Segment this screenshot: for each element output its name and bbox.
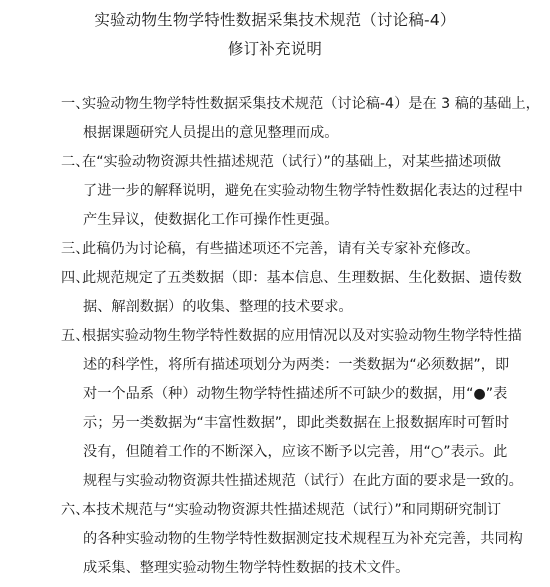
list-item-continuation-line: 根据课题研究人员提出的意见整理而成。 (61, 119, 501, 148)
list-item-text: 产生异议，使数据化工作可操作性更强。 (83, 212, 338, 228)
document-subtitle: 修订补充说明 (0, 37, 550, 59)
list-item-text: 本技术规范与“实验动物资源共性描述规范（试行）”和同期研究制订 (82, 502, 501, 518)
list-item-number: 三、 (61, 235, 82, 264)
list-item-text: 述的科学性，将所有描述项划分为两类：一类数据为“必须数据”，即 (83, 357, 509, 373)
list-item: 三、此稿仍为讨论稿，有些描述项还不完善，请有关专家补充修改。 (61, 235, 501, 264)
list-item-number: 四、 (61, 264, 82, 293)
list-item-first-line: 二、在“实验动物资源共性描述规范（试行）”的基础上，对某些描述项做 (61, 148, 501, 177)
list-item-text: 在“实验动物资源共性描述规范（试行）”的基础上，对某些描述项做 (82, 154, 501, 170)
list-item-number: 一、 (61, 90, 82, 119)
list-item-text: 示；另一类数据为“丰富性数据”，即此类数据在上报数据库时可暂时 (83, 415, 509, 431)
list-item-text: 的各种实验动物的生物学特性数据测定技术规程互为补充完善，共同构 (83, 531, 523, 547)
list-item-number: 五、 (61, 322, 82, 351)
list-item-continuation-line: 没有，但随着工作的不断深入，应该不断予以完善，用“○”表示。此 (61, 438, 501, 467)
list-item-first-line: 六、本技术规范与“实验动物资源共性描述规范（试行）”和同期研究制订 (61, 496, 501, 525)
list-item-text: 没有，但随着工作的不断深入，应该不断予以完善，用“○”表示。此 (83, 444, 507, 460)
list-item-text: 成采集、整理实验动物生物学特性数据的技术文件。 (83, 560, 409, 576)
list-item-continuation-line: 据、解剖数据）的收集、整理的技术要求。 (61, 293, 501, 322)
list-item-continuation-line: 的各种实验动物的生物学特性数据测定技术规程互为补充完善，共同构 (61, 525, 501, 554)
list-item-text: 此规范规定了五类数据（即：基本信息、生理数据、生化数据、遗传数 (82, 270, 522, 286)
list-item-first-line: 一、实验动物生物学特性数据采集技术规范（讨论稿-4）是在 3 稿的基础上， (61, 90, 501, 119)
list-item-text: 根据实验动物生物学特性数据的应用情况以及对实验动物生物学特性描 (82, 328, 522, 344)
list-item-continuation-line: 成采集、整理实验动物生物学特性数据的技术文件。 (61, 554, 501, 583)
list-item: 四、此规范规定了五类数据（即：基本信息、生理数据、生化数据、遗传数据、解剖数据）… (61, 264, 501, 322)
list-item-text: 了进一步的解释说明，避免在实验动物生物学特性数据化表达的过程中 (83, 183, 523, 199)
list-item: 一、实验动物生物学特性数据采集技术规范（讨论稿-4）是在 3 稿的基础上，根据课… (61, 90, 501, 148)
list-item-first-line: 五、根据实验动物生物学特性数据的应用情况以及对实验动物生物学特性描 (61, 322, 501, 351)
list-item-number: 二、 (61, 148, 82, 177)
list-item-text: 据、解剖数据）的收集、整理的技术要求。 (83, 299, 353, 315)
list-item: 二、在“实验动物资源共性描述规范（试行）”的基础上，对某些描述项做了进一步的解释… (61, 148, 501, 235)
list-item-text: 根据课题研究人员提出的意见整理而成。 (83, 125, 338, 141)
list-item-continuation-line: 了进一步的解释说明，避免在实验动物生物学特性数据化表达的过程中 (61, 177, 501, 206)
list-item-number: 六、 (61, 496, 82, 525)
list-item: 六、本技术规范与“实验动物资源共性描述规范（试行）”和同期研究制订的各种实验动物… (61, 496, 501, 583)
list-item-continuation-line: 述的科学性，将所有描述项划分为两类：一类数据为“必须数据”，即 (61, 351, 501, 380)
list-item-continuation-line: 示；另一类数据为“丰富性数据”，即此类数据在上报数据库时可暂时 (61, 409, 501, 438)
list-item-text: 此稿仍为讨论稿，有些描述项还不完善，请有关专家补充修改。 (82, 241, 479, 257)
list-item-first-line: 四、此规范规定了五类数据（即：基本信息、生理数据、生化数据、遗传数 (61, 264, 501, 293)
list-item-continuation-line: 对一个品系（种）动物生物学特性描述所不可缺少的数据，用“●”表 (61, 380, 501, 409)
list-item: 五、根据实验动物生物学特性数据的应用情况以及对实验动物生物学特性描述的科学性，将… (61, 322, 501, 496)
list-item-text: 对一个品系（种）动物生物学特性描述所不可缺少的数据，用“●”表 (83, 386, 507, 402)
list-item-text: 实验动物生物学特性数据采集技术规范（讨论稿-4）是在 3 稿的基础上， (82, 96, 540, 112)
list-item-first-line: 三、此稿仍为讨论稿，有些描述项还不完善，请有关专家补充修改。 (61, 235, 501, 264)
list-item-continuation-line: 产生异议，使数据化工作可操作性更强。 (61, 206, 501, 235)
list-item-continuation-line: 规程与实验动物资源共性描述规范（试行）在此方面的要求是一致的。 (61, 467, 501, 496)
list-item-text: 规程与实验动物资源共性描述规范（试行）在此方面的要求是一致的。 (83, 473, 523, 489)
document-title: 实验动物生物学特性数据采集技术规范（讨论稿-4） (0, 8, 550, 30)
